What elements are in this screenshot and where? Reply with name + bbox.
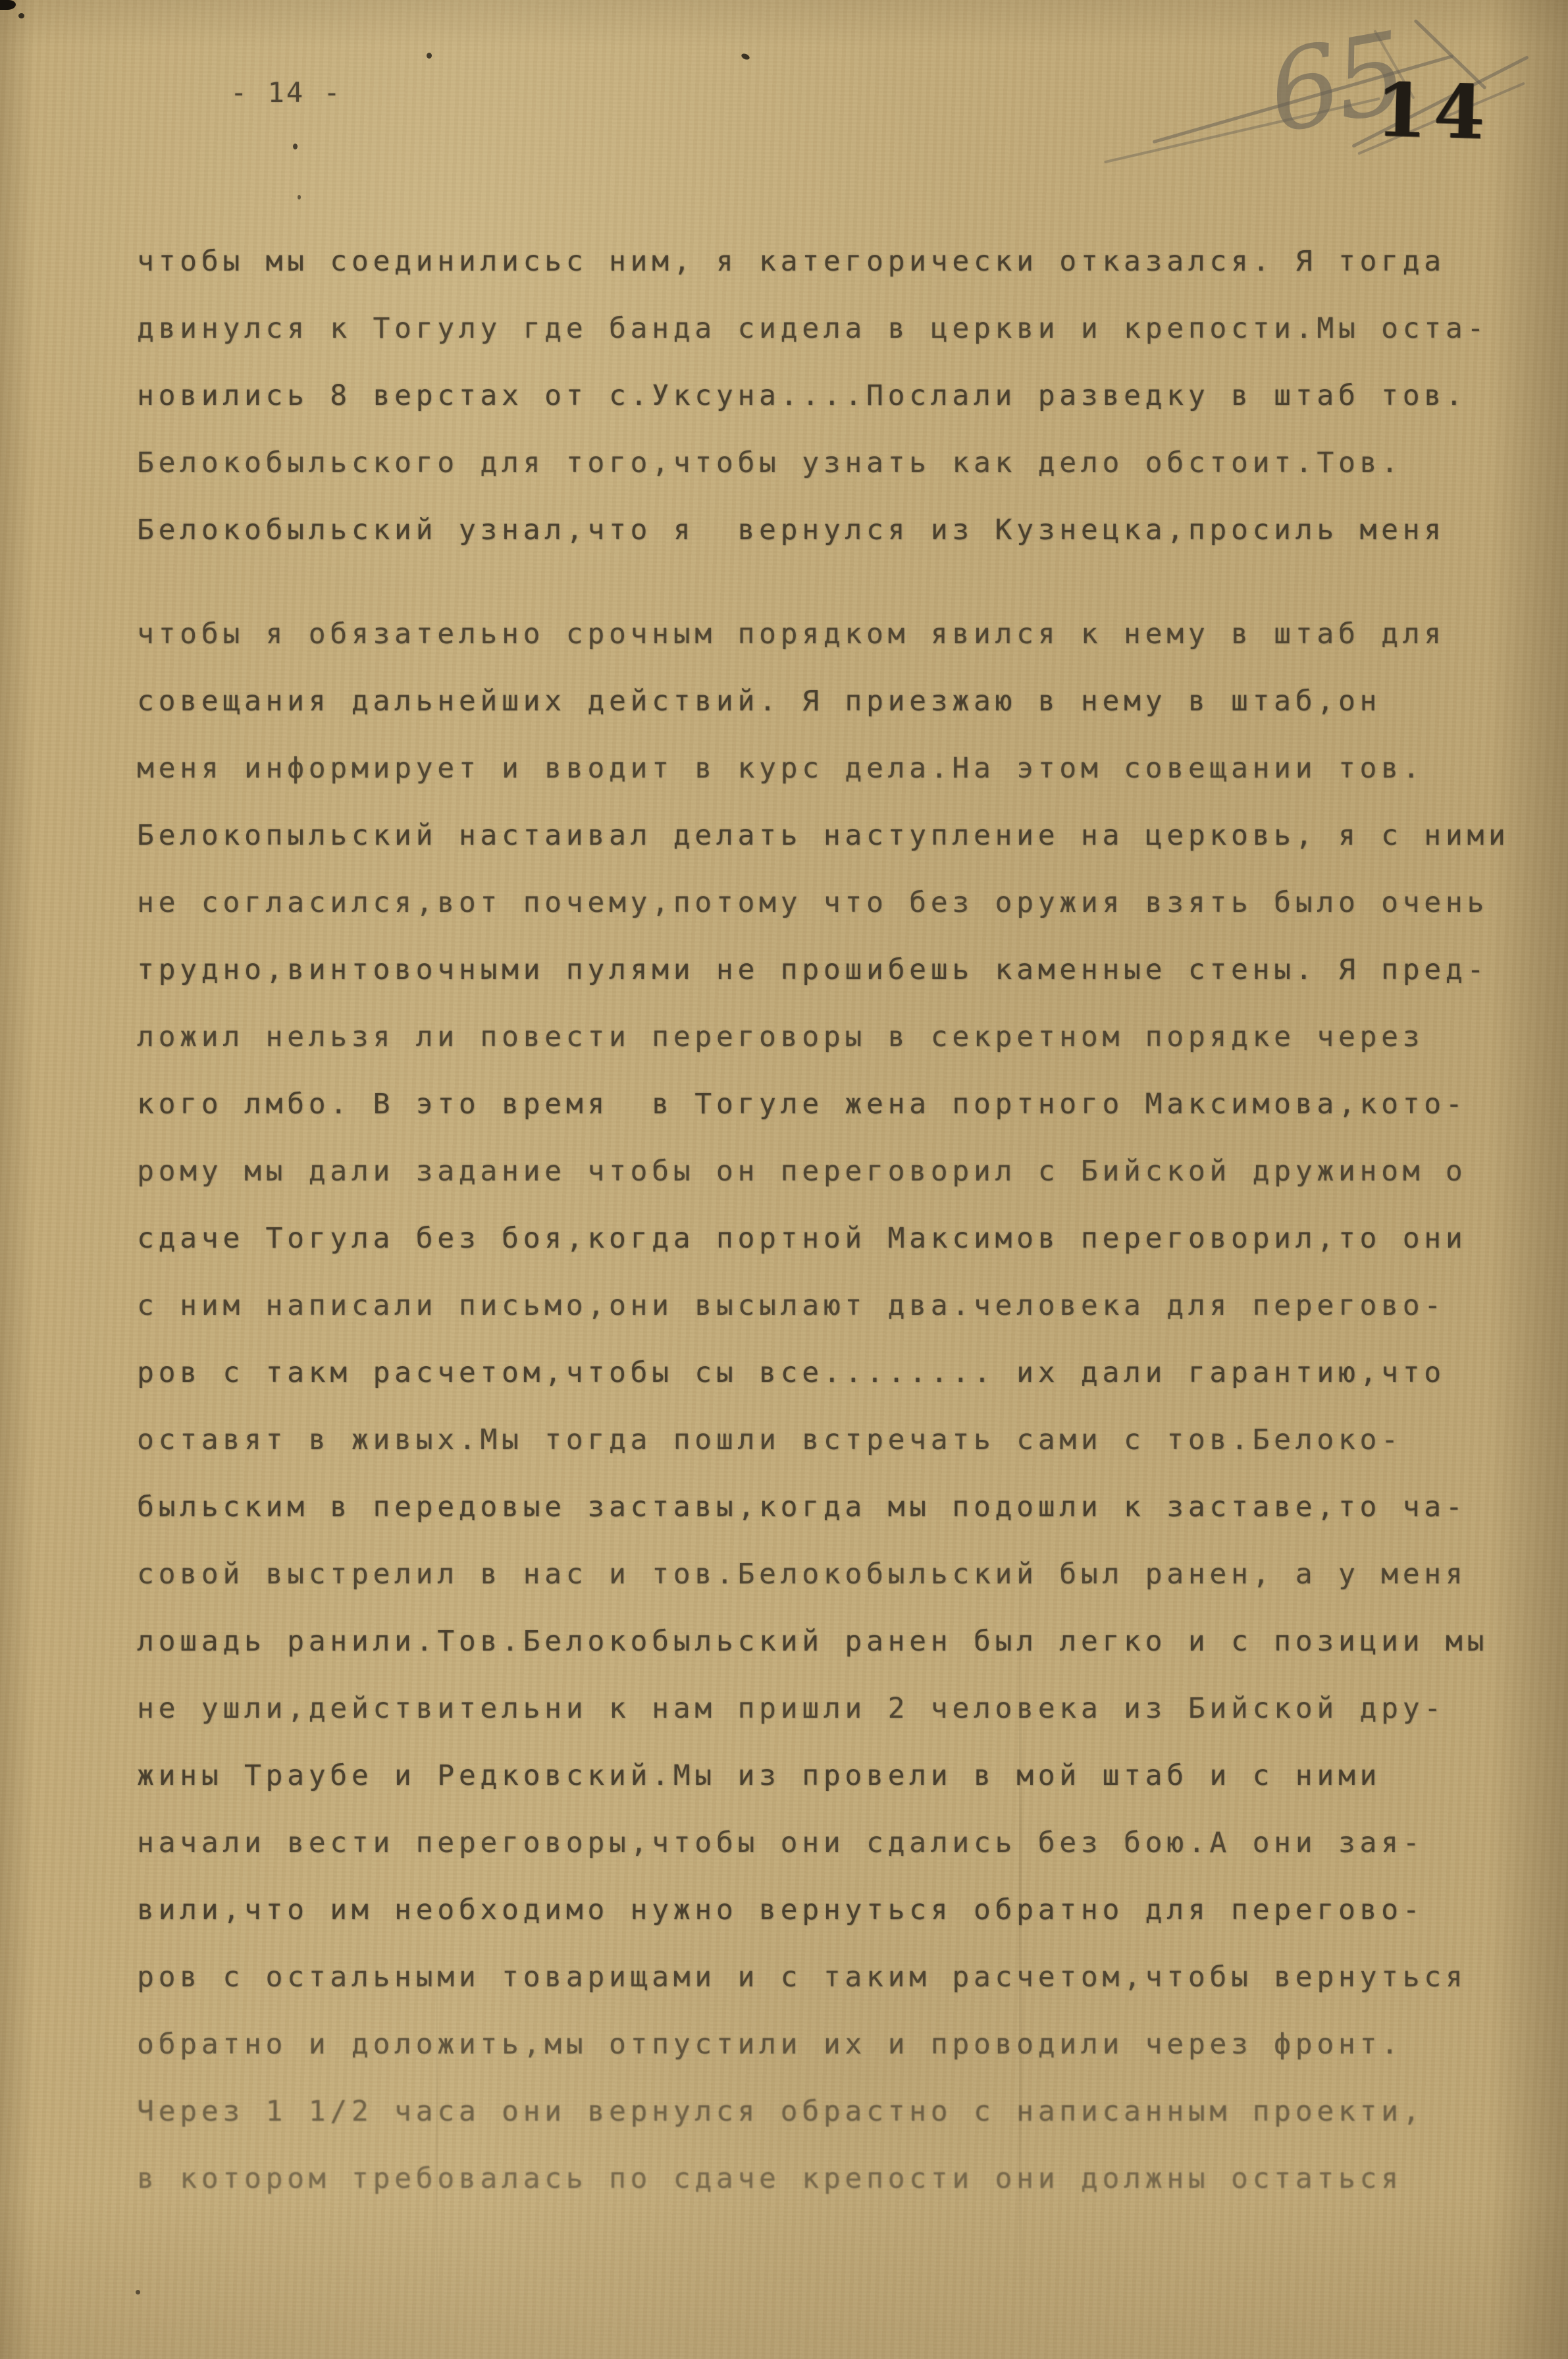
text-line: рому мы дали задание чтобы он переговори… (137, 1138, 1529, 1205)
stamped-page-number: 14 (1374, 67, 1492, 157)
text-line: обратно и доложить,мы отпустили их и про… (137, 2011, 1529, 2078)
text-line: меня информирует и вводит в курс дела.На… (137, 735, 1529, 802)
text-line: оставят в живых.Мы тогда пошли встречать… (137, 1406, 1529, 1473)
typed-page-number: - 14 - (230, 76, 342, 109)
text-line: кого лмбо. В это время в Тогуле жена пор… (137, 1071, 1529, 1138)
ink-speck (18, 13, 24, 18)
text-line: Белокопыльский настаивал делать наступле… (137, 802, 1529, 869)
text-line: не ушли,действительни к нам пришли 2 чел… (137, 1675, 1529, 1742)
text-line: Белокобыльского для того,чтобы узнать ка… (137, 429, 1529, 496)
typewritten-text: чтобы мы соединилисьс ним, я категоричес… (137, 228, 1529, 2212)
text-line: ров с остальными товарищами и с таким ра… (137, 1944, 1529, 2011)
text-line: чтобы я обязательно срочным порядком яви… (137, 600, 1529, 668)
ink-speck (298, 195, 301, 199)
document-page: - 14 - 65 14 чтобы мы соединилисьс ним, … (0, 0, 1568, 2359)
ink-speck (136, 2290, 140, 2294)
ink-speck (293, 144, 298, 149)
text-line: чтобы мы соединилисьс ним, я категоричес… (137, 228, 1529, 295)
text-line: быльским в передовые заставы,когда мы по… (137, 1473, 1529, 1541)
text-line: совой выстрелил в нас и тов.Белокобыльск… (137, 1541, 1529, 1608)
text-line: Белокобыльский узнал,что я вернулся из К… (137, 496, 1529, 564)
text-line: сдаче Тогула без боя,когда портной Макси… (137, 1205, 1529, 1272)
text-line: лошадь ранили.Тов.Белокобыльский ранен б… (137, 1608, 1529, 1675)
text-line: новились 8 верстах от с.Уксуна....Послал… (137, 362, 1529, 429)
text-line: с ним написали письмо,они высылают два.ч… (137, 1272, 1529, 1339)
text-line: начали вести переговоры,чтобы они сдалис… (137, 1809, 1529, 1876)
ink-speck (427, 53, 432, 59)
text-line: Через 1 1/2 часа они вернулся обрастно с… (137, 2078, 1529, 2145)
text-line: в котором требовалась по сдаче крепости … (137, 2145, 1529, 2212)
text-line: жины Траубе и Редковский.Мы из провели в… (137, 1742, 1529, 1809)
text-line: не согласился,вот почему,потому что без … (137, 869, 1529, 936)
text-line: двинулся к Тогулу где банда сидела в цер… (137, 295, 1529, 362)
text-line: вили,что им необходимо нужно вернуться о… (137, 1876, 1529, 1944)
text-line: трудно,винтовочными пулями не прошибешь … (137, 936, 1529, 1003)
text-line: ложил нельзя ли повести переговоры в сек… (137, 1003, 1529, 1071)
text-line: совещания дальнейших действий. Я приезжа… (137, 668, 1529, 735)
text-line: ров с такм расчетом,чтобы сы все........… (137, 1339, 1529, 1406)
